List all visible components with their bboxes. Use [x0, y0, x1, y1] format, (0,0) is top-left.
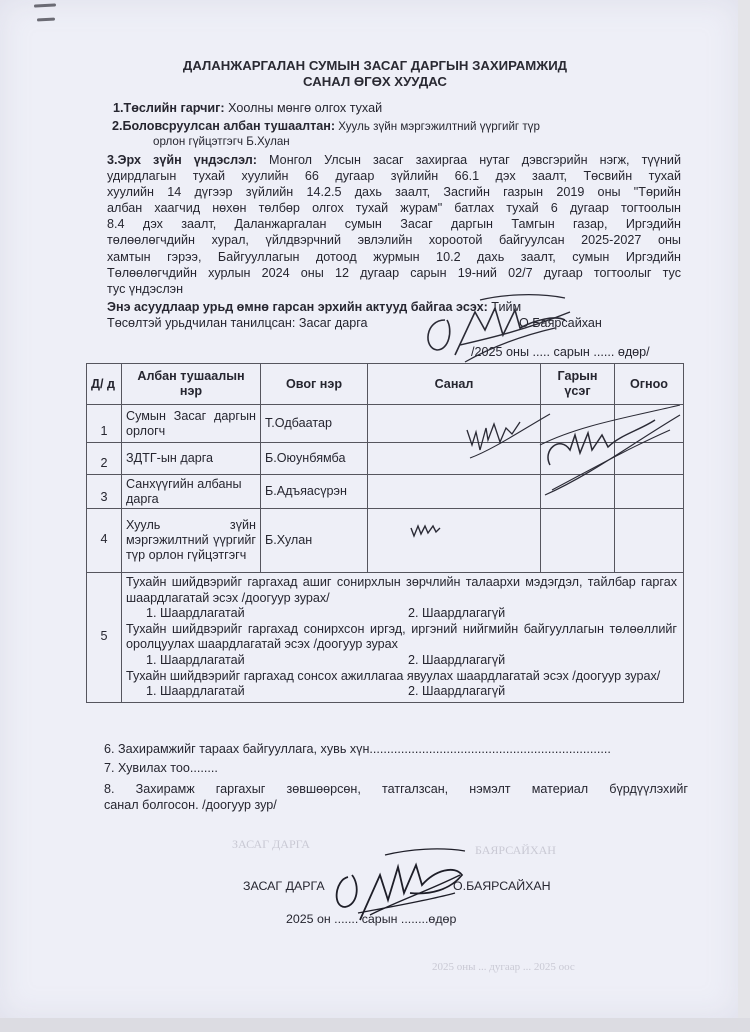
row-opinion[interactable] [368, 509, 541, 573]
row-date[interactable] [615, 443, 684, 475]
legal-basis-line: төлөөлөгчдийн хурал, үйлдвэрчний эвлэлий… [107, 232, 681, 248]
option-not-required[interactable]: 2. Шаардлагагүй [408, 606, 505, 622]
staple-mark [37, 18, 55, 22]
prior-acts-question: Энэ асуудлаар урьд өмнө гарсан эрхийн ак… [107, 300, 488, 314]
page-edge [0, 1018, 750, 1032]
draft-title-label: 1.Төслийн гарчиг: [113, 101, 225, 115]
legal-basis-line: тус үндэслэн [107, 281, 681, 297]
table-row: 3 Санхүүгийн албаны дарга Б.Адъяасүрэн [87, 475, 684, 509]
drafter-value: Хууль зүйн мэргэжилтний үүргийг түр [335, 120, 540, 133]
legal-basis-label: 3.Эрх зүйн үндэслэл: [107, 153, 257, 167]
row-date[interactable] [615, 509, 684, 573]
row-opinion[interactable] [368, 443, 541, 475]
legal-basis-line: хамтын гэрээ, Байгууллагын дотоод журмын… [107, 249, 681, 265]
table-row-questions: 5 Тухайн шийдвэрийг гаргахад ашиг сонирх… [87, 573, 684, 703]
row-signature[interactable] [541, 475, 615, 509]
distribution-field: 6. Захирамжийг тараах байгууллага, хувь … [104, 741, 611, 757]
page-edge [738, 0, 750, 1032]
drafter-value-cont: орлон гүйцэтгэгч Б.Хулан [153, 134, 290, 150]
table-row: 1 Сумын Засаг даргын орлогч Т.Одбаатар [87, 405, 684, 443]
row-date[interactable] [615, 405, 684, 443]
question-citizen-participation: Тухайн шийдвэрийг гаргахад сонирхсон ирг… [126, 622, 677, 653]
legal-basis: 3.Эрх зүйн үндэслэл: Монгол Улсын засаг … [107, 152, 681, 297]
recommendation-line2: санал болгосон. /доогуур зур/ [104, 797, 277, 813]
row-signature[interactable] [541, 509, 615, 573]
footer-date: 2025 он ....... сарын ........өдөр [286, 911, 456, 927]
draft-title-value: Хоолны мөнгө олгох тухай [225, 101, 383, 115]
legal-basis-line: Төлөөлөгчдийн хурлын 2024 оны 12 дугаар … [107, 265, 681, 281]
row-no: 1 [87, 405, 122, 443]
table-row: 4 Хууль зүйн мэргэжилтний үүргийг түр ор… [87, 509, 684, 573]
questions-cell: Тухайн шийдвэрийг гаргахад ашиг сонирхлы… [122, 573, 684, 703]
row-name: Б.Оюунбямба [261, 443, 368, 475]
legal-basis-line: албан хаагчид нөхөн төлбөр олгох тухай ж… [107, 200, 681, 216]
row-no: 2 [87, 443, 122, 475]
col-header-date: Огноо [615, 364, 684, 405]
legal-basis-line: удирдлагын тухай хуулийн 66 дугаар зүйли… [107, 168, 681, 184]
staple-mark [34, 3, 56, 7]
question-hearing: Тухайн шийдвэрийг гаргахад сонсох ажилла… [126, 669, 677, 685]
option-not-required[interactable]: 2. Шаардлагагүй [408, 684, 505, 700]
option-required[interactable]: 1. Шаардлагатай [146, 606, 408, 622]
footer-signer: О.БАЯРСАЙХАН [453, 878, 551, 894]
recommendation-line1: 8. Захирамж гаргахыг зөвшөөрсөн, татгалз… [104, 781, 688, 797]
drafter-field: 2.Боловсруулсан албан тушаалтан: Хууль з… [112, 118, 540, 135]
col-header-signature: Гарын үсэг [541, 364, 615, 405]
col-header-opinion: Санал [368, 364, 541, 405]
drafter-label: 2.Боловсруулсан албан тушаалтан: [112, 119, 335, 133]
draft-title-field: 1.Төслийн гарчиг: Хоолны мөнгө олгох тух… [113, 100, 382, 116]
col-header-name: Овог нэр [261, 364, 368, 405]
row-name: Б.Адъяасүрэн [261, 475, 368, 509]
question-conflict-of-interest: Тухайн шийдвэрийг гаргахад ашиг сонирхлы… [126, 575, 677, 606]
option-not-required[interactable]: 2. Шаардлагагүй [408, 653, 505, 669]
document-page: ДАЛАНЖАРГАЛАН СУМЫН ЗАСАГ ДАРГЫН ЗАХИРАМ… [0, 0, 738, 1018]
document-title: ДАЛАНЖАРГАЛАН СУМЫН ЗАСАГ ДАРГЫН ЗАХИРАМ… [0, 58, 750, 74]
document-subtitle: САНАЛ ӨГӨХ ХУУДАС [0, 74, 750, 90]
row-position: Хууль зүйн мэргэжилтний үүргийг түр орло… [122, 509, 261, 573]
preview-signer: О.Баярсайхан [519, 315, 602, 331]
row-opinion[interactable] [368, 405, 541, 443]
question-options: 1. Шаардлагатай 2. Шаардлагагүй [126, 606, 677, 622]
row-name: Б.Хулан [261, 509, 368, 573]
legal-basis-line: 8.4 дэх заалт, Даланжаргалан сумын Засаг… [107, 216, 681, 232]
col-header-position: Албан тушаалын нэр [122, 364, 261, 405]
row-no: 4 [87, 509, 122, 573]
table-row: 2 ЗДТГ-ын дарга Б.Оюунбямба [87, 443, 684, 475]
option-required[interactable]: 1. Шаардлагатай [146, 684, 408, 700]
approval-table: Д/ д Албан тушаалын нэр Овог нэр Санал Г… [86, 363, 684, 703]
table-header-row: Д/ д Албан тушаалын нэр Овог нэр Санал Г… [87, 364, 684, 405]
preview-text: Төсөлтэй урьдчилан танилцсан: Засаг дарг… [107, 315, 368, 331]
question-options: 1. Шаардлагатай 2. Шаардлагагүй [126, 653, 677, 669]
bleedthrough-text: БАЯРСАЙХАН [475, 843, 556, 858]
legal-basis-line: хуулийн 14 дүгээр зүйлийн 14.2.5 дахь за… [107, 184, 681, 200]
row-date[interactable] [615, 475, 684, 509]
row-signature[interactable] [541, 405, 615, 443]
prior-acts-answer: Тийм [488, 300, 521, 314]
row-position: ЗДТГ-ын дарга [122, 443, 261, 475]
legal-basis-line: Монгол Улсын засаг захиргаа нутаг дэвсгэ… [257, 153, 681, 167]
option-required[interactable]: 1. Шаардлагатай [146, 653, 408, 669]
row-position: Санхүүгийн албаны дарга [122, 475, 261, 509]
bleedthrough-text: ЗАСАГ ДАРГА [232, 837, 310, 852]
bleedthrough-text: 2025 оны ... дугаар ... 2025 оос [432, 961, 575, 973]
row-position: Сумын Засаг даргын орлогч [122, 405, 261, 443]
row-name: Т.Одбаатар [261, 405, 368, 443]
row-opinion[interactable] [368, 475, 541, 509]
copies-field: 7. Хувилах тоо........ [104, 760, 218, 776]
row-no: 3 [87, 475, 122, 509]
row-no: 5 [87, 573, 122, 703]
preview-date: /2025 оны ..... сарын ...... өдөр/ [471, 344, 650, 360]
question-options: 1. Шаардлагатай 2. Шаардлагагүй [126, 684, 677, 700]
col-header-no: Д/ д [87, 364, 122, 405]
row-signature[interactable] [541, 443, 615, 475]
footer-role: ЗАСАГ ДАРГА [243, 878, 325, 894]
prior-acts-field: Энэ асуудлаар урьд өмнө гарсан эрхийн ак… [107, 299, 521, 315]
